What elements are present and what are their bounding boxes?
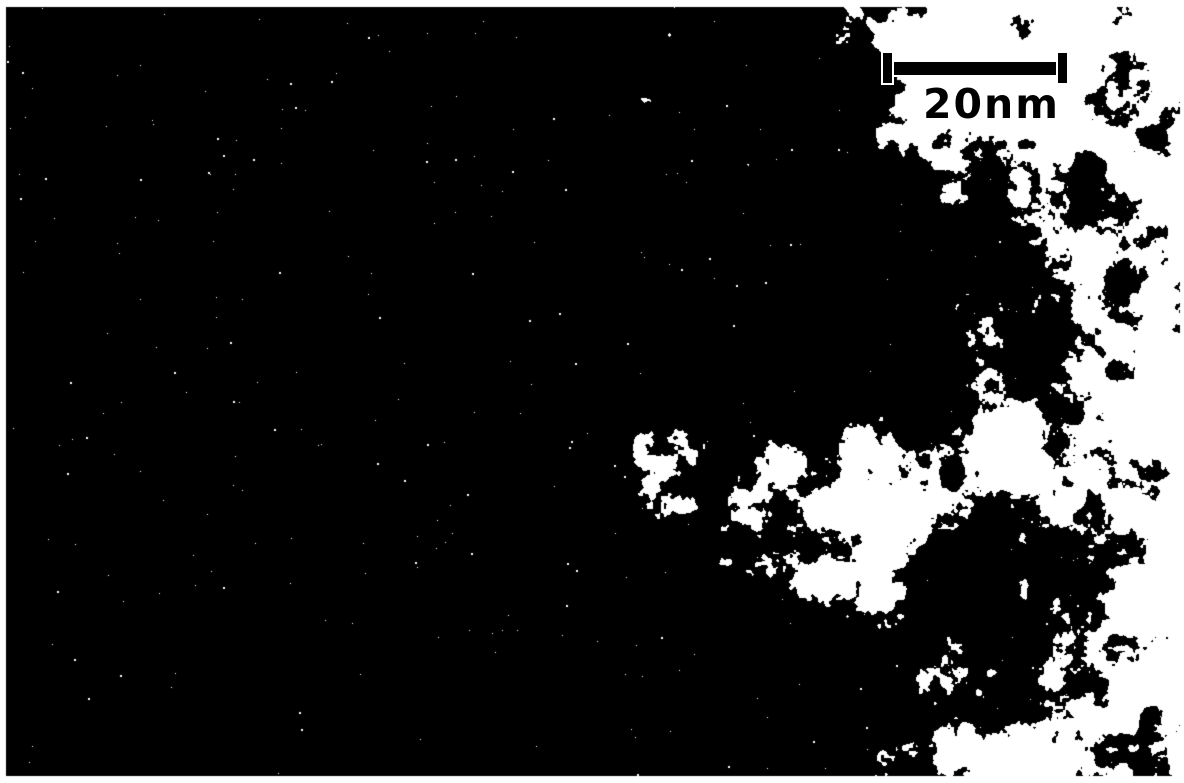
micrograph-canvas bbox=[0, 0, 1184, 783]
micrograph-figure: 20nm bbox=[0, 0, 1184, 783]
